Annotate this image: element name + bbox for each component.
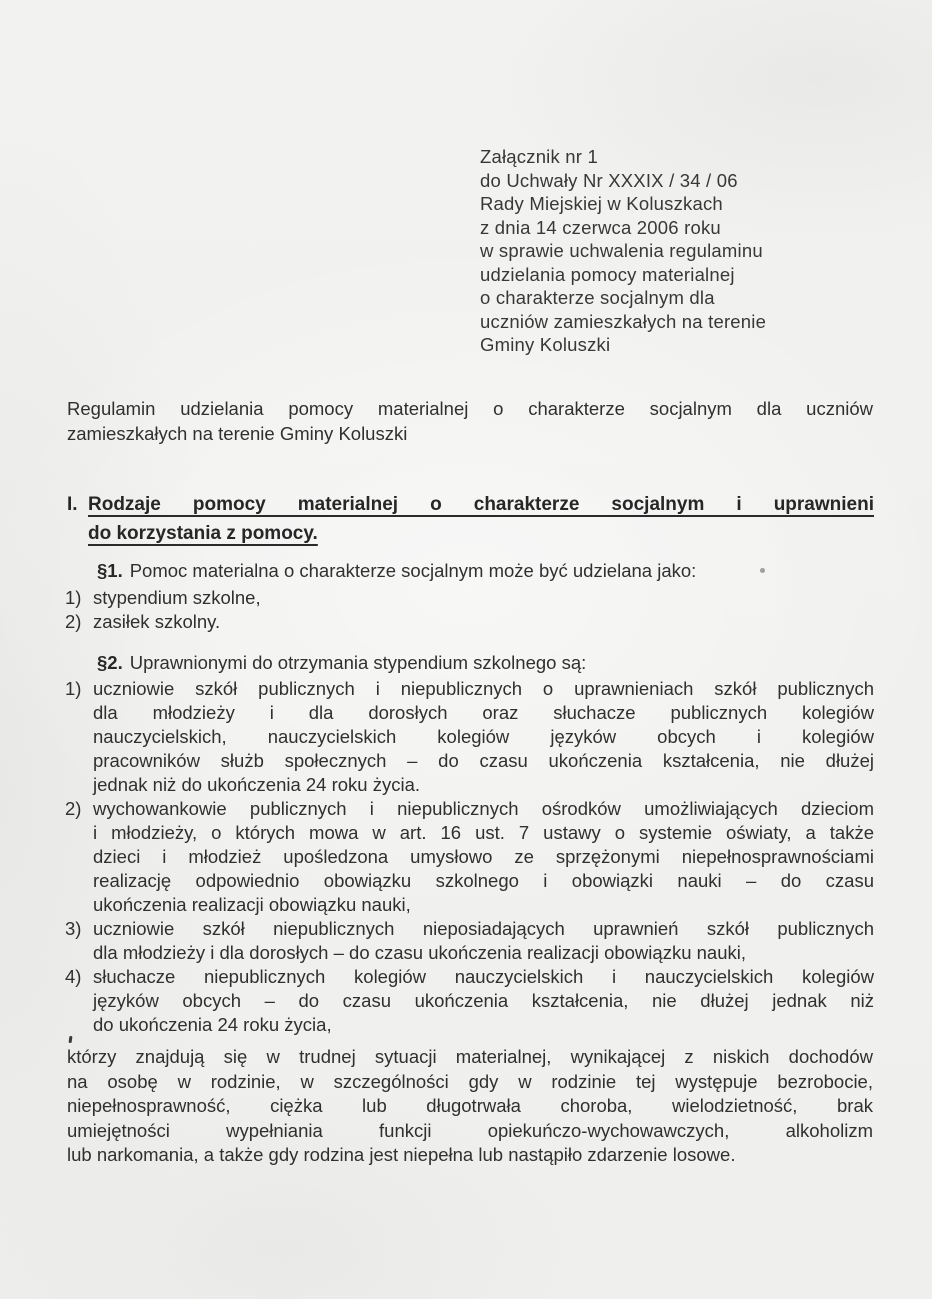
list-marker: 1) <box>65 586 81 610</box>
section-title-line: Rodzaje pomocy materialnej o charakterze… <box>88 490 874 519</box>
annex-line: do Uchwały Nr XXXIX / 34 / 06 <box>480 169 766 193</box>
closing-paragraph: którzy znajdują się w trudnej sytuacji m… <box>67 1045 873 1168</box>
list-text: stypendium szkolne, <box>93 586 875 610</box>
section-title-line: do korzystania z pomocy. <box>88 519 874 548</box>
list-item: 1) stypendium szkolne, <box>65 586 875 610</box>
par1-text: Pomoc materialna o charakterze socjalnym… <box>130 560 697 581</box>
section-numeral: I. <box>67 490 78 519</box>
list-line: dzieci i młodzież upośledzona umysłowo z… <box>93 845 874 869</box>
list-marker: 4) <box>65 965 81 989</box>
par2-text: Uprawnionymi do otrzymania stypendium sz… <box>130 652 587 673</box>
list-line: słuchacze niepublicznych kolegiów nauczy… <box>93 965 874 989</box>
annex-line: udzielania pomocy materialnej <box>480 263 766 287</box>
list-line: do ukończenia 24 roku życia, <box>93 1013 874 1037</box>
list-item: 4) słuchacze niepublicznych kolegiów nau… <box>65 965 874 1037</box>
document-page: Załącznik nr 1 do Uchwały Nr XXXIX / 34 … <box>0 0 932 1299</box>
annex-line: Załącznik nr 1 <box>480 145 766 169</box>
list-line: ukończenia realizacji obowiązku nauki, <box>93 893 874 917</box>
list-line: uczniowie szkół publicznych i niepublicz… <box>93 677 874 701</box>
intro-line: zamieszkałych na terenie Gminy Koluszki <box>67 421 873 446</box>
intro-paragraph: Regulamin udzielania pomocy materialnej … <box>67 396 873 446</box>
scan-speck <box>760 568 765 573</box>
annex-line: Gminy Koluszki <box>480 333 766 357</box>
list-line: i młodzieży, o których mowa w art. 16 us… <box>93 821 874 845</box>
list-marker: 2) <box>65 610 81 634</box>
par1-label: §1. <box>97 560 123 581</box>
closing-line: lub narkomania, a także gdy rodzina jest… <box>67 1143 873 1168</box>
par2-list: 1) uczniowie szkół publicznych i niepubl… <box>65 677 874 1037</box>
list-item: 2) wychowankowie publicznych i niepublic… <box>65 797 874 917</box>
closing-line: którzy znajdują się w trudnej sytuacji m… <box>67 1045 873 1070</box>
list-marker: 2) <box>65 797 81 821</box>
closing-line: umiejętności wypełniania funkcji opiekuń… <box>67 1119 873 1144</box>
annex-line: o charakterze socjalnym dla <box>480 286 766 310</box>
par1-list: 1) stypendium szkolne, 2) zasiłek szkoln… <box>65 586 875 634</box>
list-marker: 3) <box>65 917 81 941</box>
list-marker: 1) <box>65 677 81 701</box>
annex-line: z dnia 14 czerwca 2006 roku <box>480 216 766 240</box>
closing-line: niepełnosprawność, ciężka lub długotrwał… <box>67 1094 873 1119</box>
list-item: 3) uczniowie szkół niepublicznych niepos… <box>65 917 874 965</box>
annex-header-block: Załącznik nr 1 do Uchwały Nr XXXIX / 34 … <box>480 145 766 357</box>
par2-lead: §2.Uprawnionymi do otrzymania stypendium… <box>97 651 875 675</box>
list-line: pracowników służb społecznych – do czasu… <box>93 749 874 773</box>
par1-lead: §1.Pomoc materialna o charakterze socjal… <box>97 559 875 583</box>
intro-line: Regulamin udzielania pomocy materialnej … <box>67 396 873 421</box>
list-line: dla młodzieży i dla dorosłych oraz słuch… <box>93 701 874 725</box>
annex-line: Rady Miejskiej w Koluszkach <box>480 192 766 216</box>
scan-speck <box>69 1036 73 1043</box>
annex-line: w sprawie uchwalenia regulaminu <box>480 239 766 263</box>
list-line: nauczycielskich, nauczycielskich kolegió… <box>93 725 874 749</box>
list-line: jednak niż do ukończenia 24 roku życia. <box>93 773 874 797</box>
section-heading: I. Rodzaje pomocy materialnej o charakte… <box>67 490 874 548</box>
list-line: dla młodzieży i dla dorosłych – do czasu… <box>93 941 874 965</box>
list-line: wychowankowie publicznych i niepubliczny… <box>93 797 874 821</box>
list-item: 1) uczniowie szkół publicznych i niepubl… <box>65 677 874 797</box>
list-item: 2) zasiłek szkolny. <box>65 610 875 634</box>
list-line: realizację odpowiednio obowiązku szkolne… <box>93 869 874 893</box>
closing-line: na osobę w rodzinie, w szczególności gdy… <box>67 1070 873 1095</box>
list-line: języków obcych – do czasu ukończenia ksz… <box>93 989 874 1013</box>
par2-label: §2. <box>97 652 123 673</box>
list-text: zasiłek szkolny. <box>93 610 875 634</box>
annex-line: uczniów zamieszkałych na terenie <box>480 310 766 334</box>
list-line: uczniowie szkół niepublicznych nieposiad… <box>93 917 874 941</box>
